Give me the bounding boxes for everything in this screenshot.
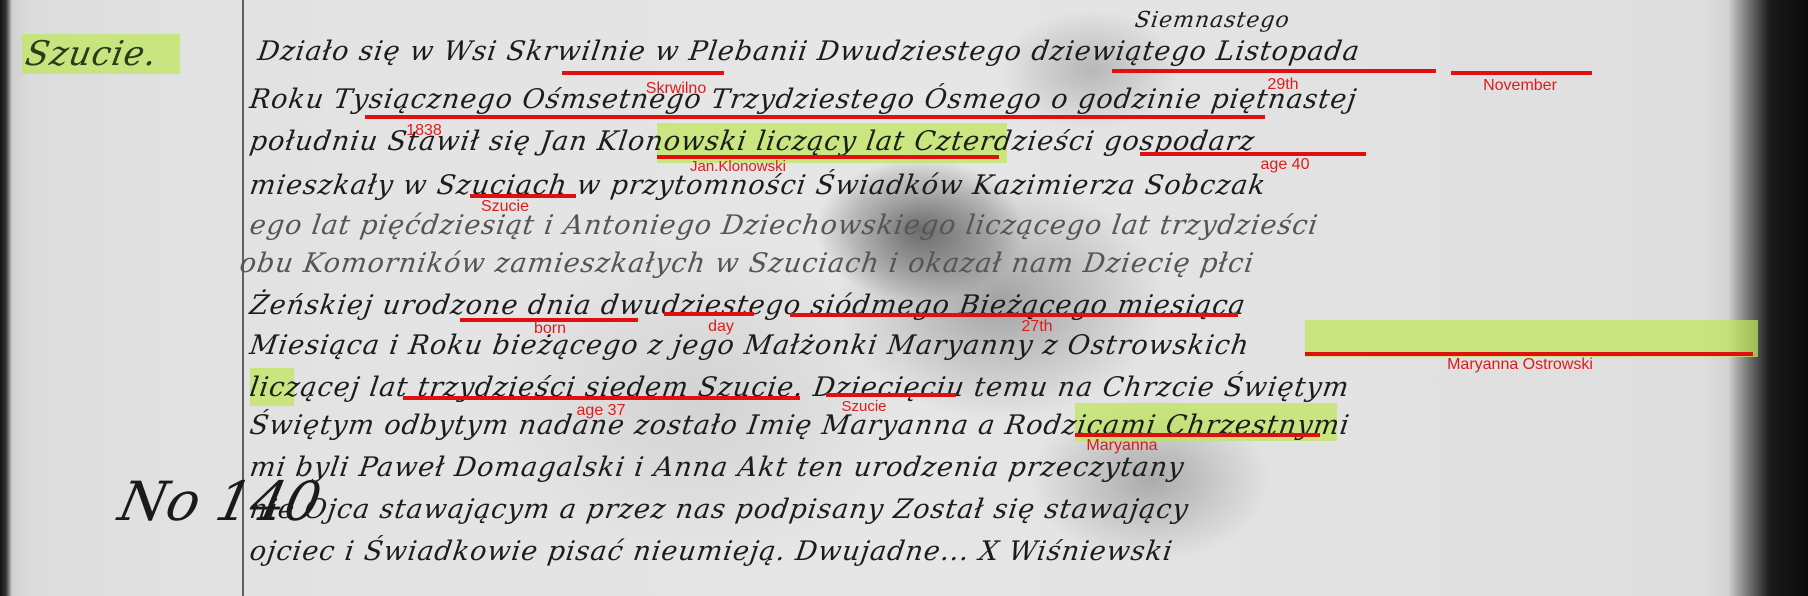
label-place: Skrwilno [646, 80, 706, 98]
record-line-8: Miesiąca i Roku bieżącego z jego Małżonk… [248, 330, 1252, 361]
record-line-2: Roku Tysiącznego Ośmsetnego Trzydziesteg… [248, 84, 1359, 115]
record-line-12: nie Ojca stawającym a przez nas podpisan… [248, 494, 1191, 525]
underline-year [365, 115, 1265, 119]
label-birth-day: 27th [1021, 318, 1052, 336]
underline-father-age [1140, 152, 1366, 156]
record-scan: Szucie. No 140 Siemnastego Działo się w … [0, 0, 1808, 596]
page-left-edge [0, 0, 12, 596]
record-line-1: Działo się w Wsi Skrwilnie w Plebanii Dw… [256, 36, 1362, 67]
label-born: born [534, 320, 566, 338]
record-line-13: ojciec i Świadkowie pisać nieumieją. Dwu… [248, 536, 1175, 567]
label-residence: Szucie [481, 198, 529, 216]
label-mother-age: age 37 [577, 402, 626, 420]
record-line-6: obu Komorników zamieszkałych w Szuciach … [238, 248, 1256, 279]
underline-month [1451, 71, 1592, 75]
superscript-insert: Siemnastego [1133, 8, 1291, 33]
label-child: Maryanna [1086, 437, 1157, 455]
record-line-11: mi byli Paweł Domagalski i Anna Akt ten … [248, 452, 1187, 483]
label-mother: Maryanna Ostrowski [1447, 356, 1593, 374]
label-father: Jan.Klonowski [690, 158, 786, 175]
label-mother-residence: Szucie [841, 398, 886, 415]
underline-birth-day [790, 313, 1238, 317]
underline-day-registered [1112, 69, 1436, 73]
page-right-edge [1728, 0, 1808, 596]
label-month: November [1483, 77, 1557, 95]
underline-mother-residence [826, 393, 956, 397]
underline-day [664, 312, 754, 316]
record-line-3: południu Stawił się Jan Klonowski licząc… [248, 126, 1257, 157]
label-day-registered: 29th [1267, 76, 1298, 94]
label-day: day [708, 318, 734, 336]
underline-place [562, 71, 724, 75]
record-line-5: ego lat pięćdziesiąt i Antoniego Dziecho… [248, 210, 1321, 241]
label-father-age: age 40 [1261, 156, 1310, 174]
underline-mother-age [403, 396, 800, 400]
label-year: 1838 [406, 122, 442, 140]
margin-village-name: Szucie. [22, 34, 160, 74]
